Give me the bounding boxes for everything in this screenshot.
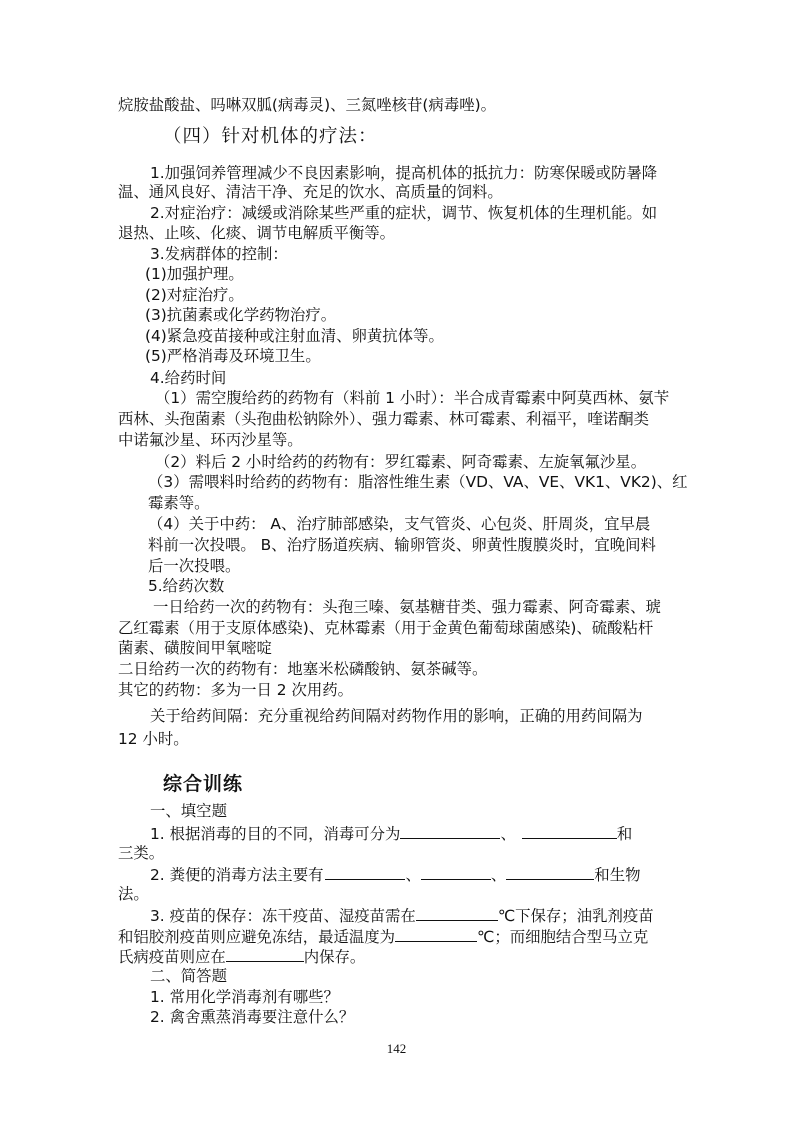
list-item: (3)抗菌素或化学药物治疗。 [145, 305, 336, 325]
section-heading: （四）针对机体的疗法： [163, 127, 378, 147]
text-line: 氏病疫苗则应在内保存。 [118, 945, 365, 967]
question-text: 和铝胶剂疫苗则应避免冻结，最适温度为 [118, 928, 395, 946]
subheading: 5.给药次数 [148, 576, 224, 596]
separator: 、 [405, 866, 420, 884]
text-line: 烷胺盐酸盐、吗啉双胍(病毒灵)、三氮唑核苷(病毒唑)。 [118, 95, 496, 115]
list-item: (4)紧急疫苗接种或注射血清、卵黄抗体等。 [145, 326, 444, 346]
text-line: 霉素等。 [148, 493, 210, 513]
text-line: （2）料后 2 小时给药的药物有：罗红霉素、阿奇霉素、左旋氧氟沙星。 [155, 452, 646, 472]
list-item: (2)对症治疗。 [145, 285, 244, 305]
question-text: 和 [617, 825, 632, 843]
blank-field[interactable] [395, 925, 477, 942]
text-line: 12 小时。 [118, 729, 189, 749]
blank-field[interactable] [416, 904, 498, 921]
question-1: 1. 根据消毒的目的不同，消毒可分为、和 [150, 822, 632, 844]
question-text: 内保存。 [304, 948, 366, 966]
blank-field[interactable] [325, 863, 405, 880]
question-2: 2. 粪便的消毒方法主要有、、和生物 [150, 863, 640, 885]
text-line: 中诺氟沙星、环丙沙星等。 [118, 430, 303, 450]
question-text: 氏病疫苗则应在 [118, 948, 226, 966]
blank-field[interactable] [506, 863, 594, 880]
question-text: 1. 根据消毒的目的不同，消毒可分为 [150, 825, 400, 843]
text-line: 西林、头孢菌素（头孢曲松钠除外）、强力霉素、林可霉素、利福平，喹诺酮类 [118, 409, 649, 429]
section-heading: 二、简答题 [150, 966, 227, 986]
question-text: 和生物 [594, 866, 640, 884]
blank-field[interactable] [421, 863, 491, 880]
document-page: 烷胺盐酸盐、吗啉双胍(病毒灵)、三氮唑核苷(病毒唑)。 （四）针对机体的疗法： … [0, 0, 793, 1122]
list-item: (5)严格消毒及环境卫生。 [145, 346, 321, 366]
text-line: （4）关于中药： A、治疗肺部感染，支气管炎、心包炎、肝周炎，宜早晨 [148, 514, 650, 534]
short-answer-question: 1. 常用化学消毒剂有哪些？ [150, 987, 339, 1007]
text-line: 乙红霉素（用于支原体感染)、克林霉素（用于金黄色葡萄球菌感染)、硫酸粘杆 [118, 618, 653, 638]
separator: 、 [500, 825, 515, 843]
question-3: 3. 疫苗的保存：冻干疫苗、湿疫苗需在℃下保存；油乳剂疫苗 [150, 904, 654, 926]
short-answer-question: 2. 禽舍熏蒸消毒要注意什么？ [150, 1007, 354, 1027]
text-line: 温、通风良好、清洁干净、充足的饮水、高质量的饲料。 [118, 182, 503, 202]
text-line: 菌素、磺胺间甲氧嘧啶 [118, 638, 272, 658]
blank-field[interactable] [226, 945, 304, 962]
text-line: 一日给药一次的药物有：头孢三嗪、氨基糖苷类、强力霉素、阿奇霉素、琥 [153, 597, 661, 617]
question-text: ℃下保存；油乳剂疫苗 [498, 907, 654, 925]
page-number: 142 [0, 1041, 793, 1057]
text-line: 料前一次投喂。 B、治疗肠道疾病、输卵管炎、卵黄性腹膜炎时，宜晚间料 [148, 535, 656, 555]
text-line: （3）需喂料时给药的药物有：脂溶性维生素（VD、VA、VE、VK1、VK2)、红 [148, 472, 687, 492]
text-line: 二日给药一次的药物有：地塞米松磷酸钠、氨茶碱等。 [118, 659, 487, 679]
text-line: 3.发病群体的控制： [150, 244, 288, 264]
list-item: (1)加强护理。 [145, 264, 244, 284]
text-line: （1）需空腹给药的药物有（料前 1 小时）：半合成青霉素中阿莫西林、氨苄 [155, 388, 669, 408]
text-line: 法。 [118, 884, 149, 904]
text-line: 2.对症治疗：减缓或消除某些严重的症状，调节、恢复机体的生理机能。如 [150, 203, 657, 223]
question-text: ℃；而细胞结合型马立克 [477, 928, 648, 946]
text-line: 后一次投喂。 [148, 556, 240, 576]
text-line: 1.加强饲养管理减少不良因素影响，提高机体的抵抗力：防寒保暖或防暑降 [150, 163, 657, 183]
text-line: 关于给药间隔：充分重视给药间隔对药物作用的影响，正确的用药间隔为 [150, 706, 643, 726]
blank-field[interactable] [522, 822, 617, 839]
exercise-title: 综合训练 [163, 774, 243, 794]
text-line: 三类。 [118, 843, 164, 863]
separator: 、 [491, 866, 506, 884]
text-line: 和铝胶剂疫苗则应避免冻结，最适温度为℃；而细胞结合型马立克 [118, 925, 648, 947]
text-line: 其它的药物：多为一日 2 次用药。 [118, 680, 353, 700]
section-heading: 一、填空题 [150, 801, 227, 821]
text-line: 退热、止咳、化痰、调节电解质平衡等。 [118, 223, 395, 243]
question-text: 3. 疫苗的保存：冻干疫苗、湿疫苗需在 [150, 907, 416, 925]
subheading: 4.给药时间 [150, 368, 226, 388]
question-text: 2. 粪便的消毒方法主要有 [150, 866, 323, 884]
blank-field[interactable] [400, 822, 500, 839]
